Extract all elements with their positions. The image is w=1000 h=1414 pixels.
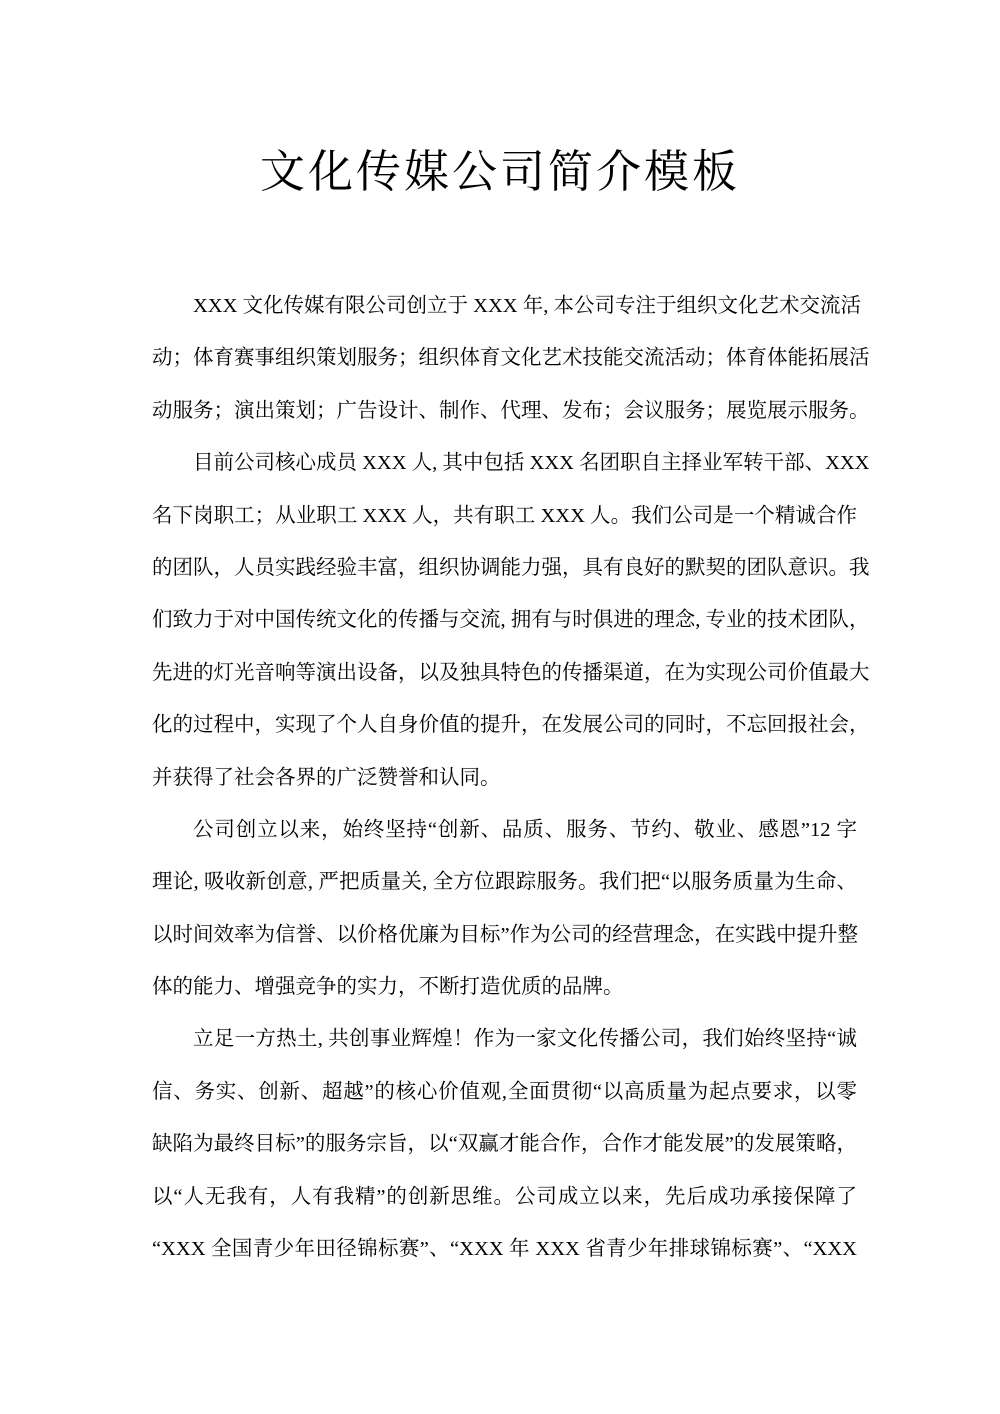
paragraph-4-line-5: “XXX 全国青少年田径锦标赛”、“XXX 年 XXX 省青少年排球锦标赛”、“…: [152, 1223, 857, 1275]
paragraph-2-line-5: 先进的灯光音响等演出设备，以及独具特色的传播渠道，在为实现公司价值最大: [152, 647, 857, 699]
paragraph-3-line-3: 以时间效率为信誉、以价格优廉为目标”作为公司的经营理念，在实践中提升整: [152, 909, 857, 961]
paragraph-2-line-6: 化的过程中，实现了个人自身价值的提升，在发展公司的同时，不忘回报社会，: [152, 699, 857, 751]
paragraph-4-line-4: 以“人无我有，人有我精”的创新思维。公司成立以来，先后成功承接保障了: [152, 1171, 857, 1223]
paragraph-3-line-2: 理论, 吸收新创意, 严把质量关, 全方位跟踪服务。我们把“以服务质量为生命、: [152, 856, 857, 908]
paragraph-2-line-2: 名下岗职工；从业职工 XXX 人，共有职工 XXX 人。我们公司是一个精诚合作: [152, 490, 857, 542]
paragraph-1-line-3: 动服务；演出策划；广告设计、制作、代理、发布；会议服务；展览展示服务。: [152, 385, 857, 437]
paragraph-3-line-1: 公司创立以来，始终坚持“创新、品质、服务、节约、敬业、感恩”12 字: [152, 804, 857, 856]
document-title: 文化传媒公司简介模板: [0, 143, 1000, 202]
paragraph-2-line-4: 们致力于对中国传统文化的传播与交流, 拥有与时俱进的理念, 专业的技术团队，: [152, 594, 857, 646]
document-page: 文化传媒公司简介模板 XXX 文化传媒有限公司创立于 XXX 年, 本公司专注于…: [0, 0, 1000, 1414]
document-body: XXX 文化传媒有限公司创立于 XXX 年, 本公司专注于组织文化艺术交流活 动…: [152, 280, 857, 1275]
paragraph-1-line-1: XXX 文化传媒有限公司创立于 XXX 年, 本公司专注于组织文化艺术交流活: [152, 280, 857, 332]
paragraph-3-line-4: 体的能力、增强竞争的实力，不断打造优质的品牌。: [152, 961, 857, 1013]
paragraph-1-line-2: 动；体育赛事组织策划服务；组织体育文化艺术技能交流活动；体育体能拓展活: [152, 332, 857, 384]
paragraph-2-line-3: 的团队，人员实践经验丰富，组织协调能力强，具有良好的默契的团队意识。我: [152, 542, 857, 594]
paragraph-4-line-1: 立足一方热土, 共创事业辉煌！作为一家文化传播公司，我们始终坚持“诚: [152, 1013, 857, 1065]
paragraph-2-line-1: 目前公司核心成员 XXX 人, 其中包括 XXX 名团职自主择业军转干部、XXX: [152, 437, 857, 489]
paragraph-4-line-2: 信、务实、创新、超越”的核心价值观,全面贯彻“以高质量为起点要求，以零: [152, 1066, 857, 1118]
paragraph-2-line-7: 并获得了社会各界的广泛赞誉和认同。: [152, 752, 857, 804]
paragraph-4-line-3: 缺陷为最终目标”的服务宗旨，以“双赢才能合作，合作才能发展”的发展策略，: [152, 1118, 857, 1170]
